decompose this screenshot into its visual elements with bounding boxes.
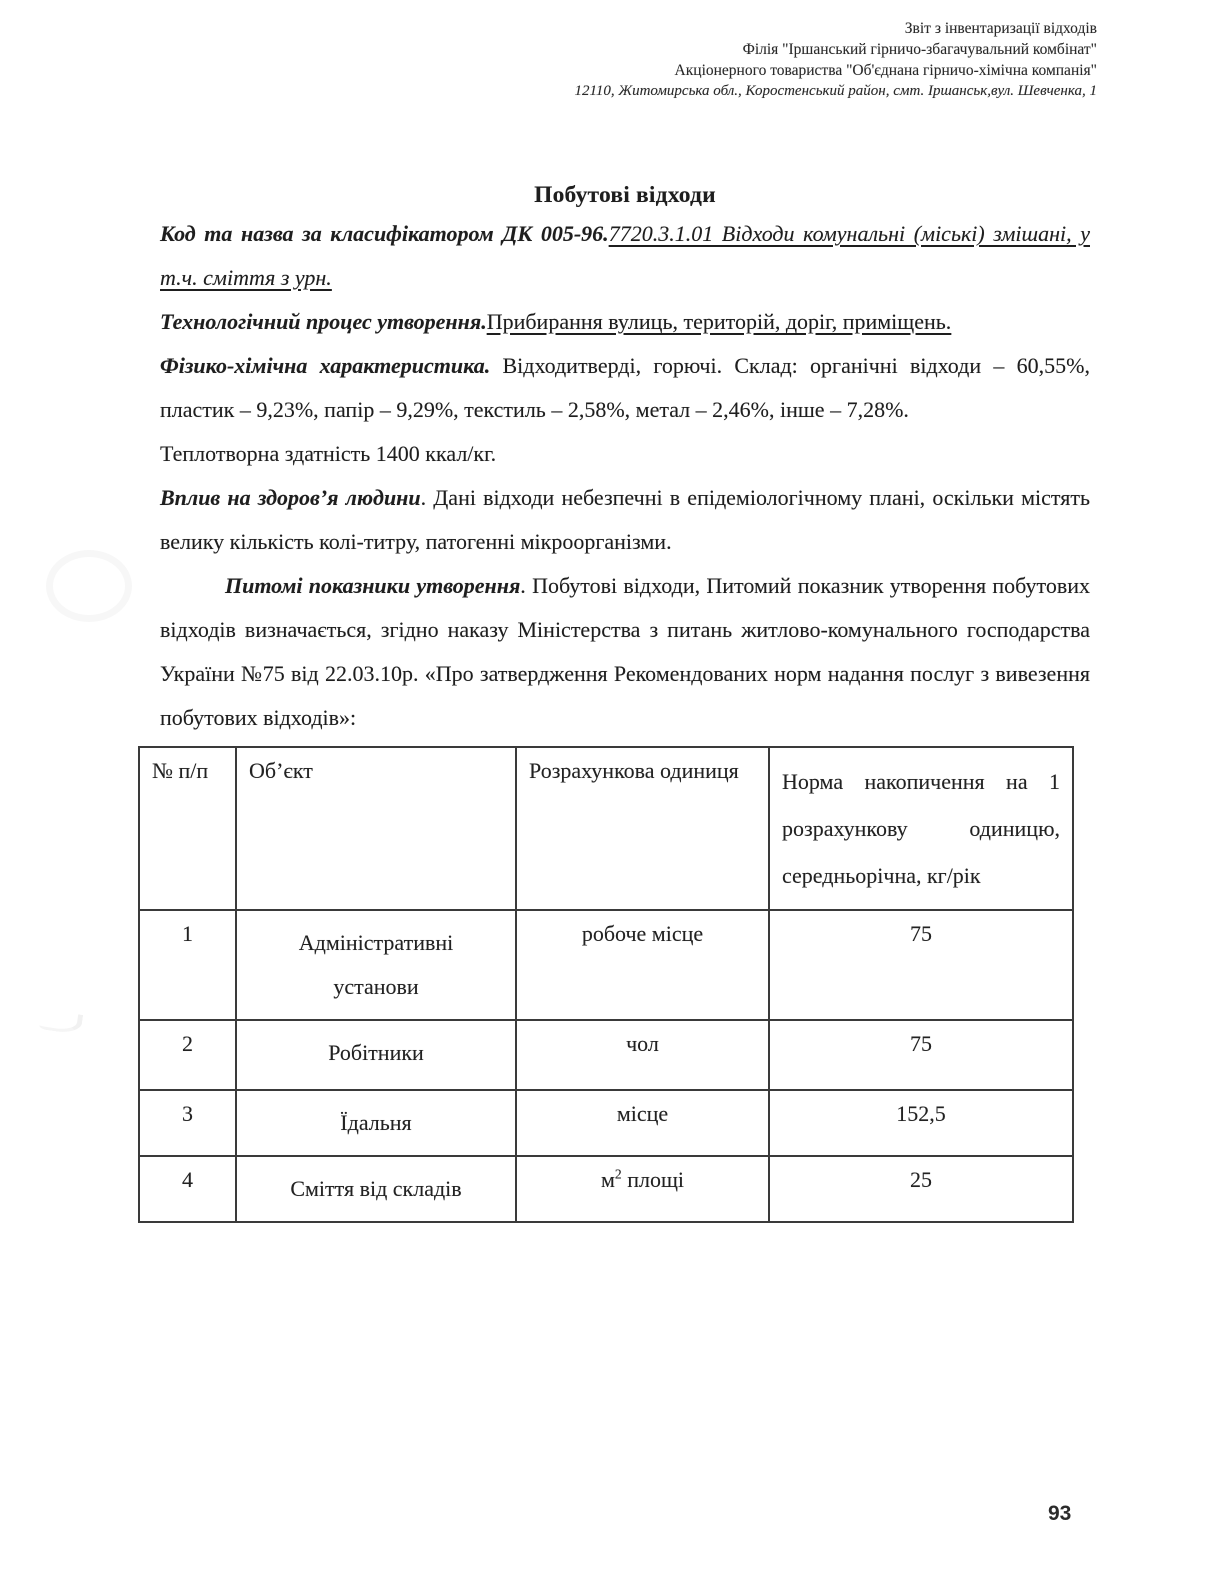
table-row: 4 Сміття від складів м2 площі 25 bbox=[139, 1156, 1073, 1222]
header-cell-unit: Розрахункова одиниця bbox=[516, 747, 769, 910]
cell-row3-object: Їдальня bbox=[236, 1090, 516, 1156]
paragraph-process-value: Прибирання вулиць, територій, доріг, при… bbox=[487, 309, 952, 334]
document-page: Звіт з інвентаризації відходів Філія "Ір… bbox=[0, 0, 1219, 1574]
cell-row4-object: Сміття від складів bbox=[236, 1156, 516, 1222]
cell-row3-unit: місце bbox=[516, 1090, 769, 1156]
cell-row4-unit-base: м bbox=[601, 1167, 615, 1192]
document-body: Побутові відходи Код та назва за класифі… bbox=[160, 0, 1090, 1223]
paragraph-heat: Теплотворна здатність 1400 ккал/кг. bbox=[160, 432, 1090, 476]
document-title: Побутові відходи bbox=[160, 178, 1090, 212]
table-row: 2 Робітники чол 75 bbox=[139, 1020, 1073, 1090]
header-cell-object: Об’єкт bbox=[236, 747, 516, 910]
cell-row1-object: Адміністративніустанови bbox=[236, 910, 516, 1020]
page-number: 93 bbox=[1048, 1502, 1071, 1526]
scan-artifact-ring bbox=[46, 550, 132, 622]
cell-row1-norm: 75 bbox=[769, 910, 1073, 1020]
paragraph-physchem-label: Фізико-хімічна характеристика. bbox=[160, 353, 490, 378]
cell-row2-unit: чол bbox=[516, 1020, 769, 1090]
cell-row4-unit: м2 площі bbox=[516, 1156, 769, 1222]
table-row: 1 Адміністративніустанови робоче місце 7… bbox=[139, 910, 1073, 1020]
cell-row1-object-line2: установи bbox=[249, 965, 503, 1009]
cell-row2-object: Робітники bbox=[236, 1020, 516, 1090]
paragraph-code: Код та назва за класифікатором ДК 005-96… bbox=[160, 212, 1090, 300]
paragraph-specific-label: Питомі показники утворення bbox=[225, 573, 520, 598]
table-row: 3 Їдальня місце 152,5 bbox=[139, 1090, 1073, 1156]
scan-artifact-smudge bbox=[39, 1009, 83, 1035]
paragraph-heat-text: Теплотворна здатність 1400 ккал/кг. bbox=[160, 441, 496, 466]
paragraph-physchem: Фізико-хімічна характеристика. Відходитв… bbox=[160, 344, 1090, 432]
paragraph-health: Вплив на здоров’я людини. Дані відходи н… bbox=[160, 476, 1090, 564]
cell-row1-object-line1: Адміністративні bbox=[249, 921, 503, 965]
header-cell-num: № п/п bbox=[139, 747, 236, 910]
paragraph-process-label: Технологічний процес утворення. bbox=[160, 309, 487, 334]
cell-row2-norm: 75 bbox=[769, 1020, 1073, 1090]
cell-row3-norm: 152,5 bbox=[769, 1090, 1073, 1156]
paragraph-specific: Питомі показники утворення. Побутові від… bbox=[160, 564, 1090, 740]
cell-row3-num: 3 bbox=[139, 1090, 236, 1156]
cell-row4-num: 4 bbox=[139, 1156, 236, 1222]
cell-row1-unit: робоче місце bbox=[516, 910, 769, 1020]
norms-table: № п/п Об’єкт Розрахункова одиниця Норма … bbox=[138, 746, 1074, 1223]
cell-row1-num: 1 bbox=[139, 910, 236, 1020]
paragraph-health-label: Вплив на здоров’я людини bbox=[160, 485, 421, 510]
paragraph-process: Технологічний процес утворення.Прибиранн… bbox=[160, 300, 1090, 344]
paragraph-code-label: Код та назва за класифікатором ДК 005-96… bbox=[160, 221, 609, 246]
cell-row4-unit-superscript: 2 bbox=[615, 1167, 622, 1182]
cell-row4-unit-rest: площі bbox=[622, 1167, 684, 1192]
cell-row4-norm: 25 bbox=[769, 1156, 1073, 1222]
cell-row2-num: 2 bbox=[139, 1020, 236, 1090]
header-cell-norm: Норма накопичення на 1 розрахункову один… bbox=[769, 747, 1073, 910]
table-header-row: № п/п Об’єкт Розрахункова одиниця Норма … bbox=[139, 747, 1073, 910]
